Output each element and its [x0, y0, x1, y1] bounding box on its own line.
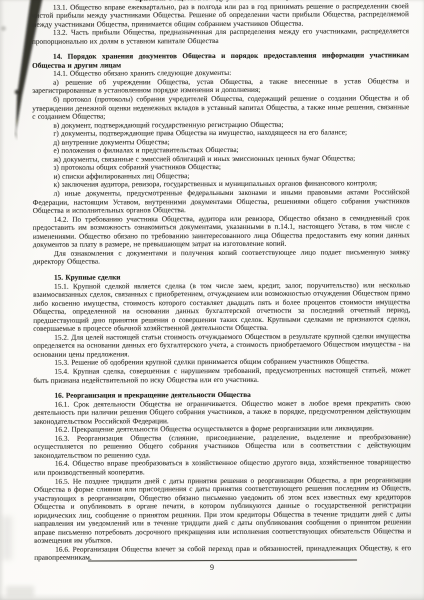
page-number: 9: [0, 563, 424, 572]
paragraph: Для ознакомления с документами и получен…: [33, 248, 410, 267]
document-body: прибыли Общества между участниками Общес…: [32, 0, 411, 563]
paragraph: 13.2. Часть прибыли Общества, предназнач…: [32, 27, 409, 46]
paragraph: 15.4. Крупная сделка, совершенная с нару…: [33, 366, 410, 385]
scan-smudge: [1, 26, 6, 31]
paragraph: б) протокол (протоколы) собрания учредит…: [32, 94, 409, 121]
paragraph: 15.2. Для целей настоящей статьи стоимос…: [33, 332, 410, 359]
paragraph: 16.3. Реорганизация Общества (слияние, п…: [34, 433, 411, 460]
paragraph: л) иные документы, предусмотренные федер…: [33, 188, 410, 215]
paragraph: 16.1. Срок деятельности Общества не огра…: [34, 399, 411, 426]
scan-bottom-edge: [0, 593, 424, 600]
scanned-charter-page: прибыли Общества между участниками Общес…: [0, 0, 424, 600]
scan-smudge: [2, 516, 12, 560]
paragraph: 14.2. По требованию участника Общества, …: [33, 214, 410, 250]
paragraph: 16.5. Не позднее тридцати дней с даты пр…: [34, 476, 411, 546]
paragraph: 13.1. Общество вправе ежеквартально, раз…: [32, 2, 409, 29]
paragraph: 15.1. Крупной сделкой является сделка (в…: [33, 281, 410, 334]
